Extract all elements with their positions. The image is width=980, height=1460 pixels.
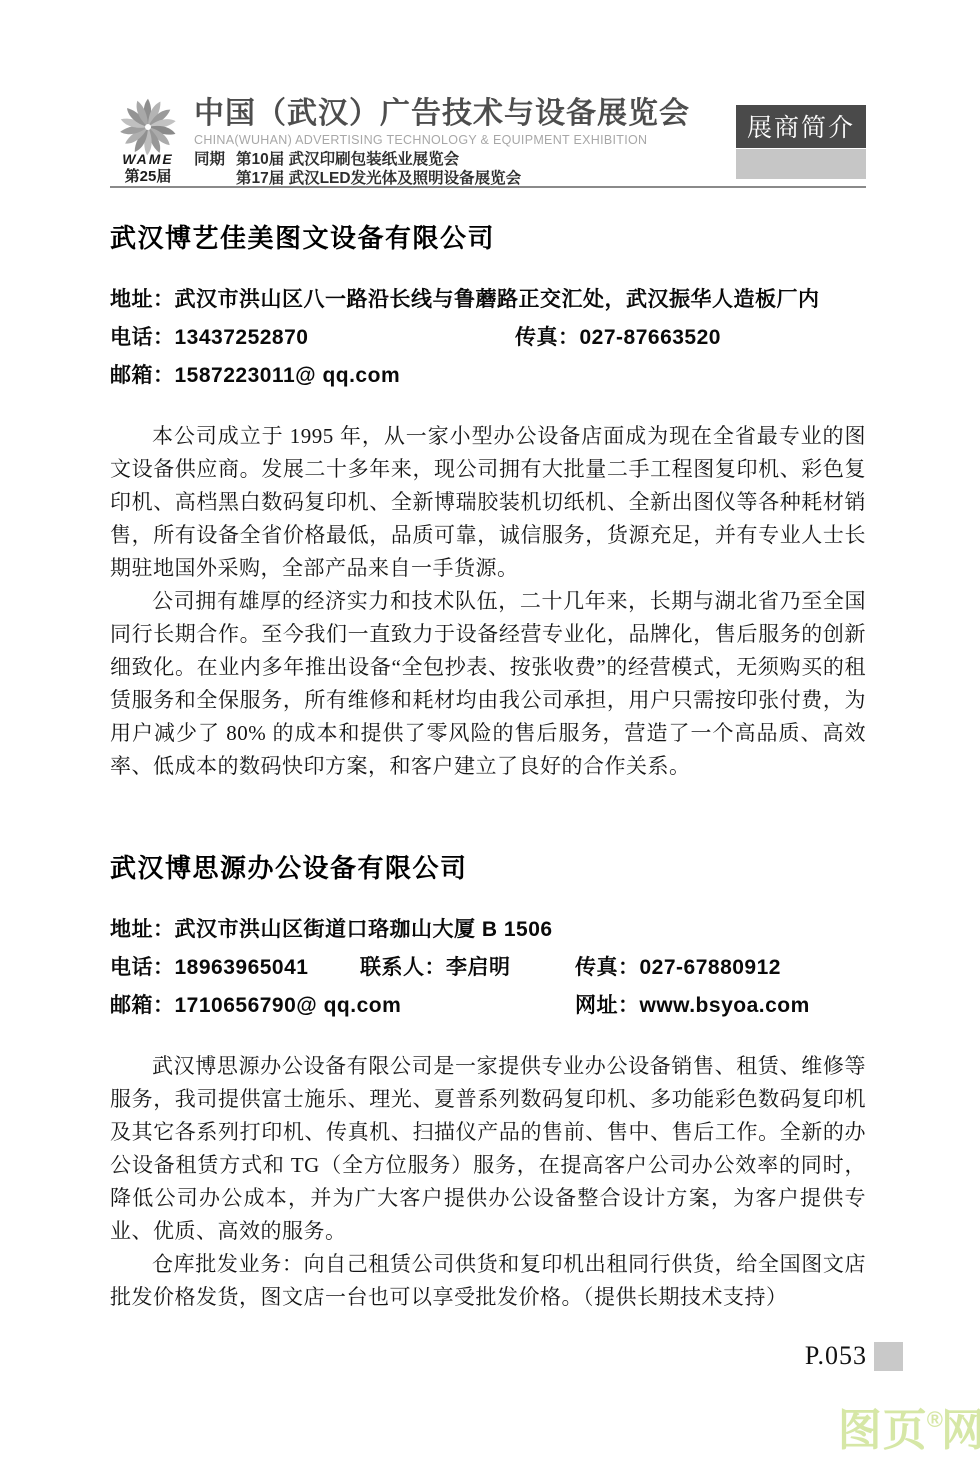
- phone-label: 电话：: [110, 326, 175, 349]
- email-value: 1710656790@ qq.com: [175, 994, 402, 1017]
- registered-trademark-icon: ®: [927, 1396, 944, 1444]
- email-cell: 邮箱：1710656790@ qq.com: [110, 987, 575, 1025]
- website-label: 网址：: [575, 994, 640, 1017]
- logo-edition-text: 第25届: [110, 167, 186, 186]
- email-label: 邮箱：: [110, 357, 175, 395]
- company2-paragraph: 武汉博思源办公设备有限公司是一家提供专业办公设备销售、租赁、维修等服务，我司提供…: [110, 1050, 866, 1248]
- email-label: 邮箱：: [110, 994, 175, 1017]
- fax-cell: 传真：027-67880912: [575, 949, 781, 987]
- section-badge-shadow: [736, 149, 866, 179]
- page-header: WAME 第25届 中国（武汉）广告技术与设备展览会 CHINA(WUHAN) …: [110, 95, 866, 186]
- address-value: 武汉市洪山区街道口珞珈山大厦 B 1506: [175, 911, 553, 949]
- phone-label: 电话：: [110, 956, 175, 979]
- concurrent-event: 第10届 武汉印刷包装纸业展览会: [236, 150, 521, 169]
- fax-value: 027-67880912: [640, 956, 781, 979]
- address-label: 地址：: [110, 911, 175, 949]
- company2-phone-row: 电话：18963965041 联系人：李启明 传真：027-67880912: [110, 949, 866, 987]
- company2-description: 武汉博思源办公设备有限公司是一家提供专业办公设备销售、租赁、维修等服务，我司提供…: [110, 1050, 866, 1314]
- section-badge: 展商简介: [736, 105, 866, 179]
- page-footer: P.053: [805, 1341, 903, 1371]
- company1-description: 本公司成立于 1995 年，从一家小型办公设备店面成为现在全省最专业的图文设备供…: [110, 420, 866, 783]
- corner-square-decoration: [874, 1342, 903, 1371]
- logo-brand-text: WAME: [110, 152, 186, 167]
- concurrent-events-list: 第10届 武汉印刷包装纸业展览会 第17届 武汉LED发光体及照明设备展览会: [236, 150, 521, 188]
- company2-paragraph: 仓库批发业务：向自己租赁公司供货和复印机出租同行供货，给全国图文店批发价格发货，…: [110, 1248, 866, 1314]
- section-badge-label: 展商简介: [736, 105, 866, 148]
- company1-paragraph: 本公司成立于 1995 年，从一家小型办公设备店面成为现在全省最专业的图文设备供…: [110, 420, 866, 585]
- fax-cell: 传真：027-87663520: [515, 319, 721, 357]
- page-number: P.053: [805, 1341, 867, 1371]
- website-value: www.bsyoa.com: [640, 994, 810, 1017]
- company1-paragraph: 公司拥有雄厚的经济实力和技术队伍，二十几年来，长期与湖北省乃至全国同行长期合作。…: [110, 585, 866, 783]
- contact-person-value: 李启明: [446, 956, 511, 979]
- fax-value: 027-87663520: [580, 326, 721, 349]
- website-cell: 网址：www.bsyoa.com: [575, 987, 810, 1025]
- exhibition-logo: WAME 第25届: [110, 95, 186, 188]
- company2-name: 武汉博思源办公设备有限公司: [110, 851, 866, 885]
- phone-value: 18963965041: [175, 956, 309, 979]
- company1-name: 武汉博艺佳美图文设备有限公司: [110, 221, 866, 255]
- phone-value: 13437252870: [175, 326, 309, 349]
- catalog-page: WAME 第25届 中国（武汉）广告技术与设备展览会 CHINA(WUHAN) …: [0, 0, 980, 1460]
- address-label: 地址：: [110, 281, 175, 319]
- watermark-text: 网: [941, 1406, 980, 1455]
- email-value: 1587223011@ qq.com: [175, 357, 401, 395]
- concurrent-event: 第17届 武汉LED发光体及照明设备展览会: [236, 169, 521, 188]
- watermark-text: 图页: [838, 1406, 928, 1455]
- fax-label: 传真：: [515, 326, 580, 349]
- fax-label: 传真：: [575, 956, 640, 979]
- concurrent-label: 同期: [194, 150, 225, 188]
- company1-address-row: 地址：武汉市洪山区八一路沿长线与鲁蘑路正交汇处，武汉振华人造板厂内: [110, 281, 866, 319]
- phone-cell: 电话：18963965041: [110, 949, 360, 987]
- company2-email-web-row: 邮箱：1710656790@ qq.com 网址：www.bsyoa.com: [110, 987, 866, 1025]
- address-value: 武汉市洪山区八一路沿长线与鲁蘑路正交汇处，武汉振华人造板厂内: [175, 281, 820, 319]
- company1-contact-block: 地址：武汉市洪山区八一路沿长线与鲁蘑路正交汇处，武汉振华人造板厂内 电话：134…: [110, 281, 866, 395]
- phone-cell: 电话：13437252870: [110, 319, 515, 357]
- company2-contact-block: 地址：武汉市洪山区街道口珞珈山大厦 B 1506 电话：18963965041 …: [110, 911, 866, 1025]
- contact-person-label: 联系人：: [360, 956, 446, 979]
- contact-person-cell: 联系人：李启明: [360, 949, 575, 987]
- company1-email-row: 邮箱：1587223011@ qq.com: [110, 357, 866, 395]
- company1-phone-fax-row: 电话：13437252870 传真：027-87663520: [110, 319, 866, 357]
- company2-address-row: 地址：武汉市洪山区街道口珞珈山大厦 B 1506: [110, 911, 866, 949]
- starburst-icon: [117, 97, 179, 157]
- watermark: 图页®网: [838, 1407, 980, 1460]
